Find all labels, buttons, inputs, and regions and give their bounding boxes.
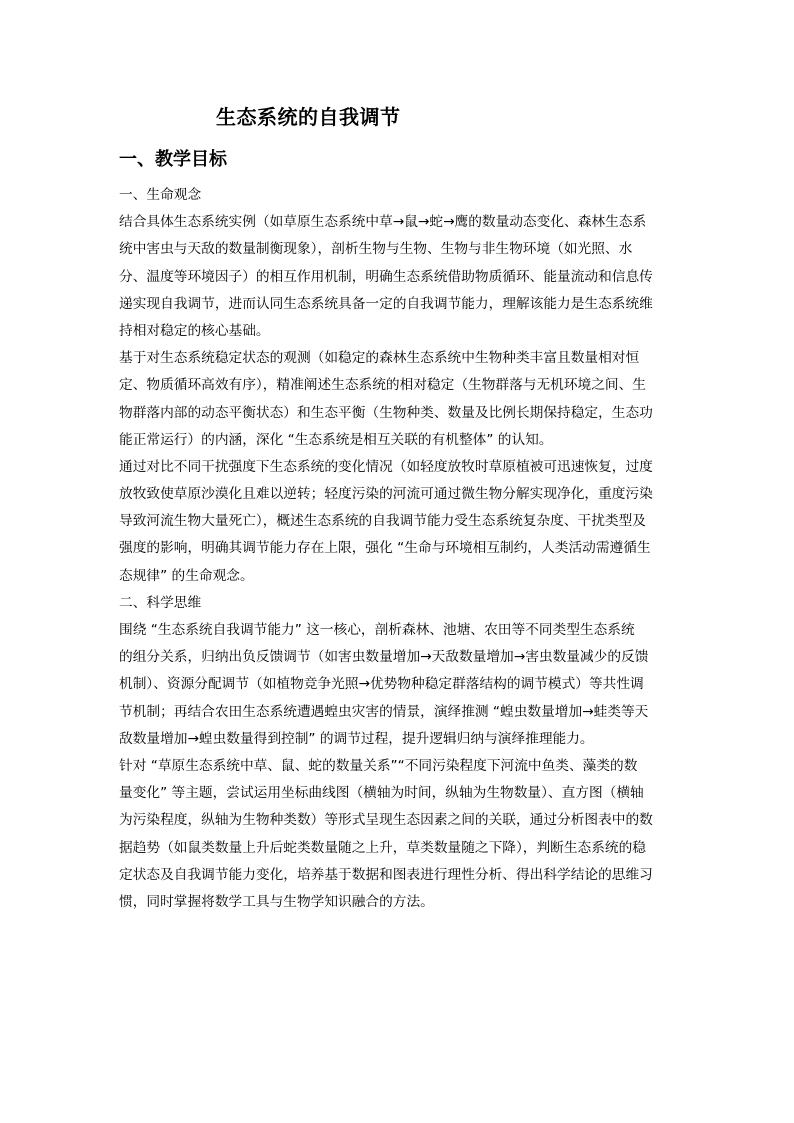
paragraph-line: 放牧致使草原沙漠化且难以逆转；轻度污染的河流可通过微生物分解实现净化，重度污染 (119, 481, 699, 508)
paragraph-line: 持相对稳定的核心基础。 (119, 318, 699, 345)
paragraph-line: 导致河流生物大量死亡），概述生态系统的自我调节能力受生态系统复杂度、干扰类型及 (119, 508, 699, 535)
paragraph: 针对 “草原生态系统中草、鼠、蛇的数量关系”“不同污染程度下河流中鱼类、藻类的数… (119, 753, 699, 916)
document-title: 生态系统的自我调节 (216, 104, 401, 130)
paragraph-line: 基于对生态系统稳定状态的观测（如稳定的森林生态系统中生物种类丰富且数量相对恒 (119, 345, 699, 372)
paragraph-line: 量变化” 等主题，尝试运用坐标曲线图（横轴为时间，纵轴为生物数量）、直方图（横轴 (119, 780, 699, 807)
paragraph-line: 态规律” 的生命观念。 (119, 563, 699, 590)
paragraph: 基于对生态系统稳定状态的观测（如稳定的森林生态系统中生物种类丰富且数量相对恒 定… (119, 345, 699, 454)
paragraph-line: 机制）、资源分配调节（如植物竞争光照→优势物种稳定群落结构的调节模式）等共性调 (119, 671, 699, 698)
paragraph-line: 分、温度等环境因子）的相互作用机制，明确生态系统借助物质循环、能量流动和信息传 (119, 264, 699, 291)
paragraph-line: 据趋势（如鼠类数量上升后蛇类数量随之上升，草类数量随之下降），判断生态系统的稳 (119, 835, 699, 862)
paragraph-line: 通过对比不同干扰强度下生态系统的变化情况（如轻度放牧时草原植被可迅速恢复，过度 (119, 454, 699, 481)
paragraph-line: 敌数量增加→蝗虫数量得到控制” 的调节过程，提升逻辑归纳与演绎推理能力。 (119, 726, 699, 753)
paragraph-line: 统中害虫与天敌的数量制衡现象），剖析生物与生物、生物与非生物环境（如光照、水 (119, 236, 699, 263)
paragraph-line: 结合具体生态系统实例（如草原生态系统中草→鼠→蛇→鹰的数量动态变化、森林生态系 (119, 209, 699, 236)
subsection-heading-life-concept: 一、生命观念 (119, 182, 699, 209)
paragraph-line: 针对 “草原生态系统中草、鼠、蛇的数量关系”“不同污染程度下河流中鱼类、藻类的数 (119, 753, 699, 780)
paragraph-line: 定、物质循环高效有序），精准阐述生态系统的相对稳定（生物群落与无机环境之间、生 (119, 372, 699, 399)
paragraph-line: 围绕 “生态系统自我调节能力” 这一核心，剖析森林、池塘、农田等不同类型生态系统 (119, 617, 699, 644)
paragraph-line: 惯，同时掌握将数学工具与生物学知识融合的方法。 (119, 889, 699, 916)
paragraph: 围绕 “生态系统自我调节能力” 这一核心，剖析森林、池塘、农田等不同类型生态系统… (119, 617, 699, 753)
paragraph-line: 能正常运行）的内涵，深化 “生态系统是相互关联的有机整体” 的认知。 (119, 427, 699, 454)
paragraph-line: 定状态及自我调节能力变化，培养基于数据和图表进行理性分析、得出科学结论的思维习 (119, 862, 699, 889)
document-body: 一、生命观念 结合具体生态系统实例（如草原生态系统中草→鼠→蛇→鹰的数量动态变化… (119, 182, 699, 916)
paragraph: 通过对比不同干扰强度下生态系统的变化情况（如轻度放牧时草原植被可迅速恢复，过度 … (119, 454, 699, 590)
paragraph-line: 物群落内部的动态平衡状态）和生态平衡（生物种类、数量及比例长期保持稳定，生态功 (119, 400, 699, 427)
section-heading-teaching-goals: 一、教学目标 (119, 148, 227, 172)
paragraph-line: 递实现自我调节，进而认同生态系统具备一定的自我调节能力，理解该能力是生态系统维 (119, 291, 699, 318)
paragraph-line: 强度的影响，明确其调节能力存在上限，强化 “生命与环境相互制约，人类活动需遵循生 (119, 535, 699, 562)
document-page: 生态系统的自我调节 一、教学目标 一、生命观念 结合具体生态系统实例（如草原生态… (0, 0, 794, 1123)
subsection-heading-scientific-thinking: 二、科学思维 (119, 590, 699, 617)
paragraph: 结合具体生态系统实例（如草原生态系统中草→鼠→蛇→鹰的数量动态变化、森林生态系 … (119, 209, 699, 345)
paragraph-line: 节机制；再结合农田生态系统遭遇蝗虫灾害的情景，演绎推测 “蝗虫数量增加→蛙类等天 (119, 699, 699, 726)
paragraph-line: 的组分关系，归纳出负反馈调节（如害虫数量增加→天敌数量增加→害虫数量减少的反馈 (119, 644, 699, 671)
paragraph-line: 为污染程度，纵轴为生物种类数）等形式呈现生态因素之间的关联，通过分析图表中的数 (119, 807, 699, 834)
